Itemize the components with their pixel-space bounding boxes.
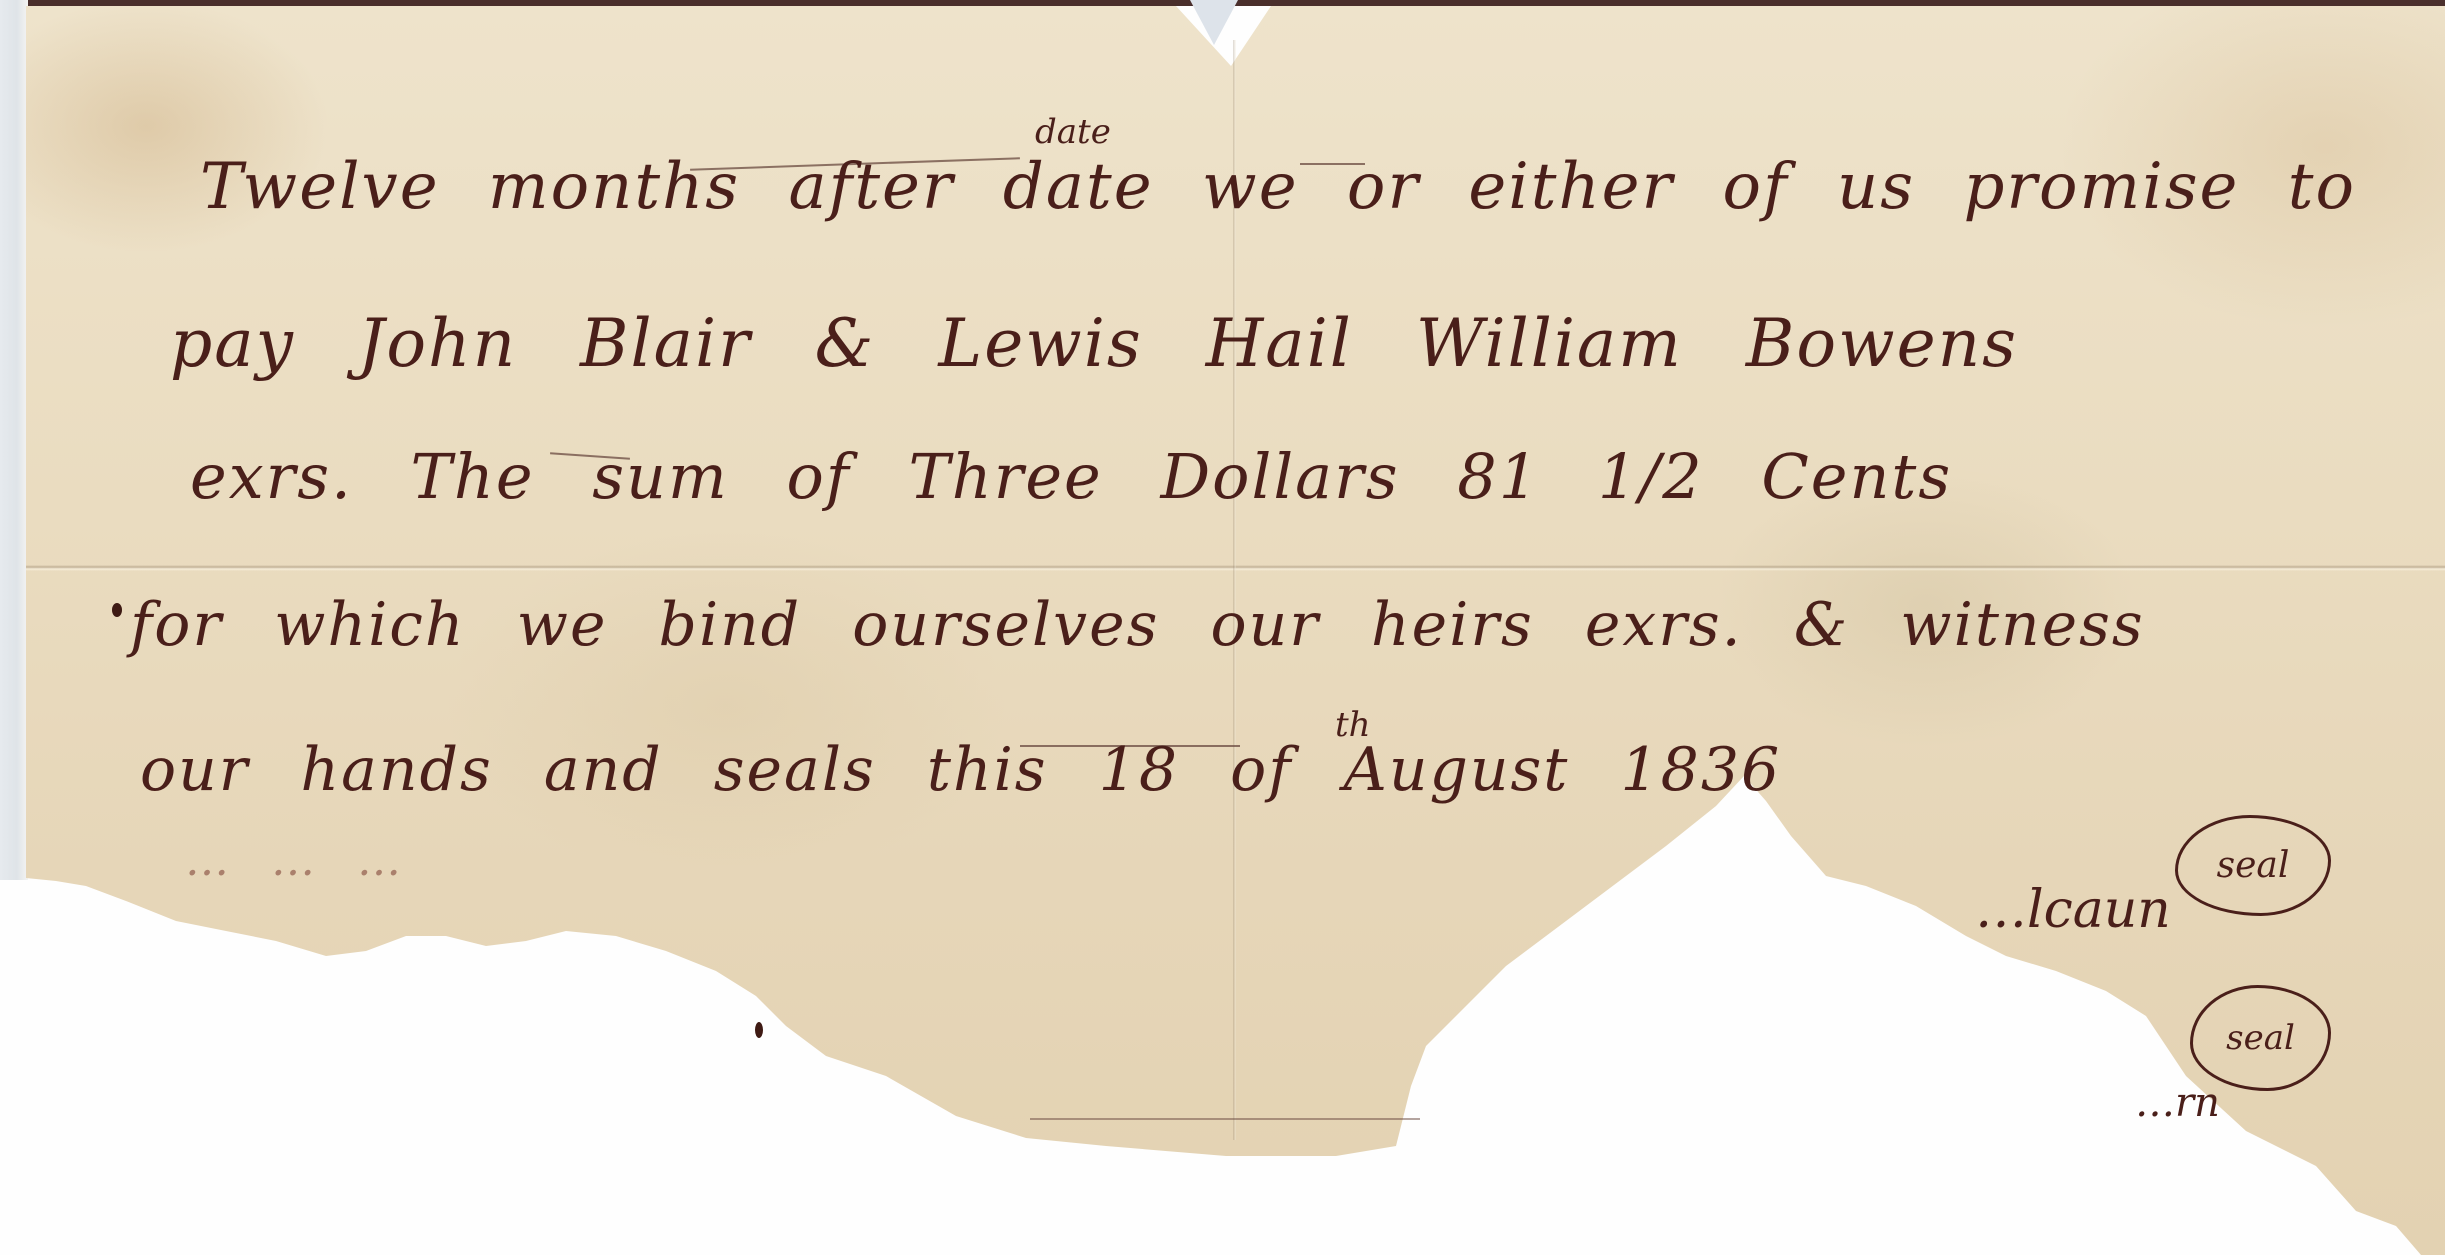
ink-blot [755, 1022, 763, 1038]
signature-1: …lcaun [1975, 880, 2171, 940]
scanned-document: Twelve months after date we or either of… [0, 0, 2445, 1255]
ordinal-suffix: th [1335, 705, 1371, 745]
ink-blot [112, 603, 122, 617]
manuscript-line-2: pay John Blair & Lewis Hail William Bowe… [170, 305, 2018, 382]
manuscript-line-1: Twelve months after date we or either of… [200, 150, 2356, 224]
manuscript-line-4: for which we bind ourselves our heirs ex… [130, 590, 2145, 660]
seal-label: seal [2217, 845, 2290, 886]
faded-signature: … … … [185, 835, 415, 886]
paper-notch [1190, 0, 1238, 45]
signature-2: …rn [2135, 1080, 2220, 1126]
manuscript-line-5: our hands and seals this 18 of August 18… [140, 735, 1781, 805]
seal-mark-2: seal [2190, 985, 2331, 1091]
seal-label: seal [2226, 1018, 2295, 1058]
seal-mark-1: seal [2175, 815, 2331, 916]
ink-stroke [1030, 1118, 1420, 1120]
manuscript-line-3: exrs. The sum of Three Dollars 81 1/2 Ce… [190, 440, 1952, 513]
scanner-edge [0, 0, 28, 880]
interlinear-insertion: date [1035, 112, 1111, 152]
